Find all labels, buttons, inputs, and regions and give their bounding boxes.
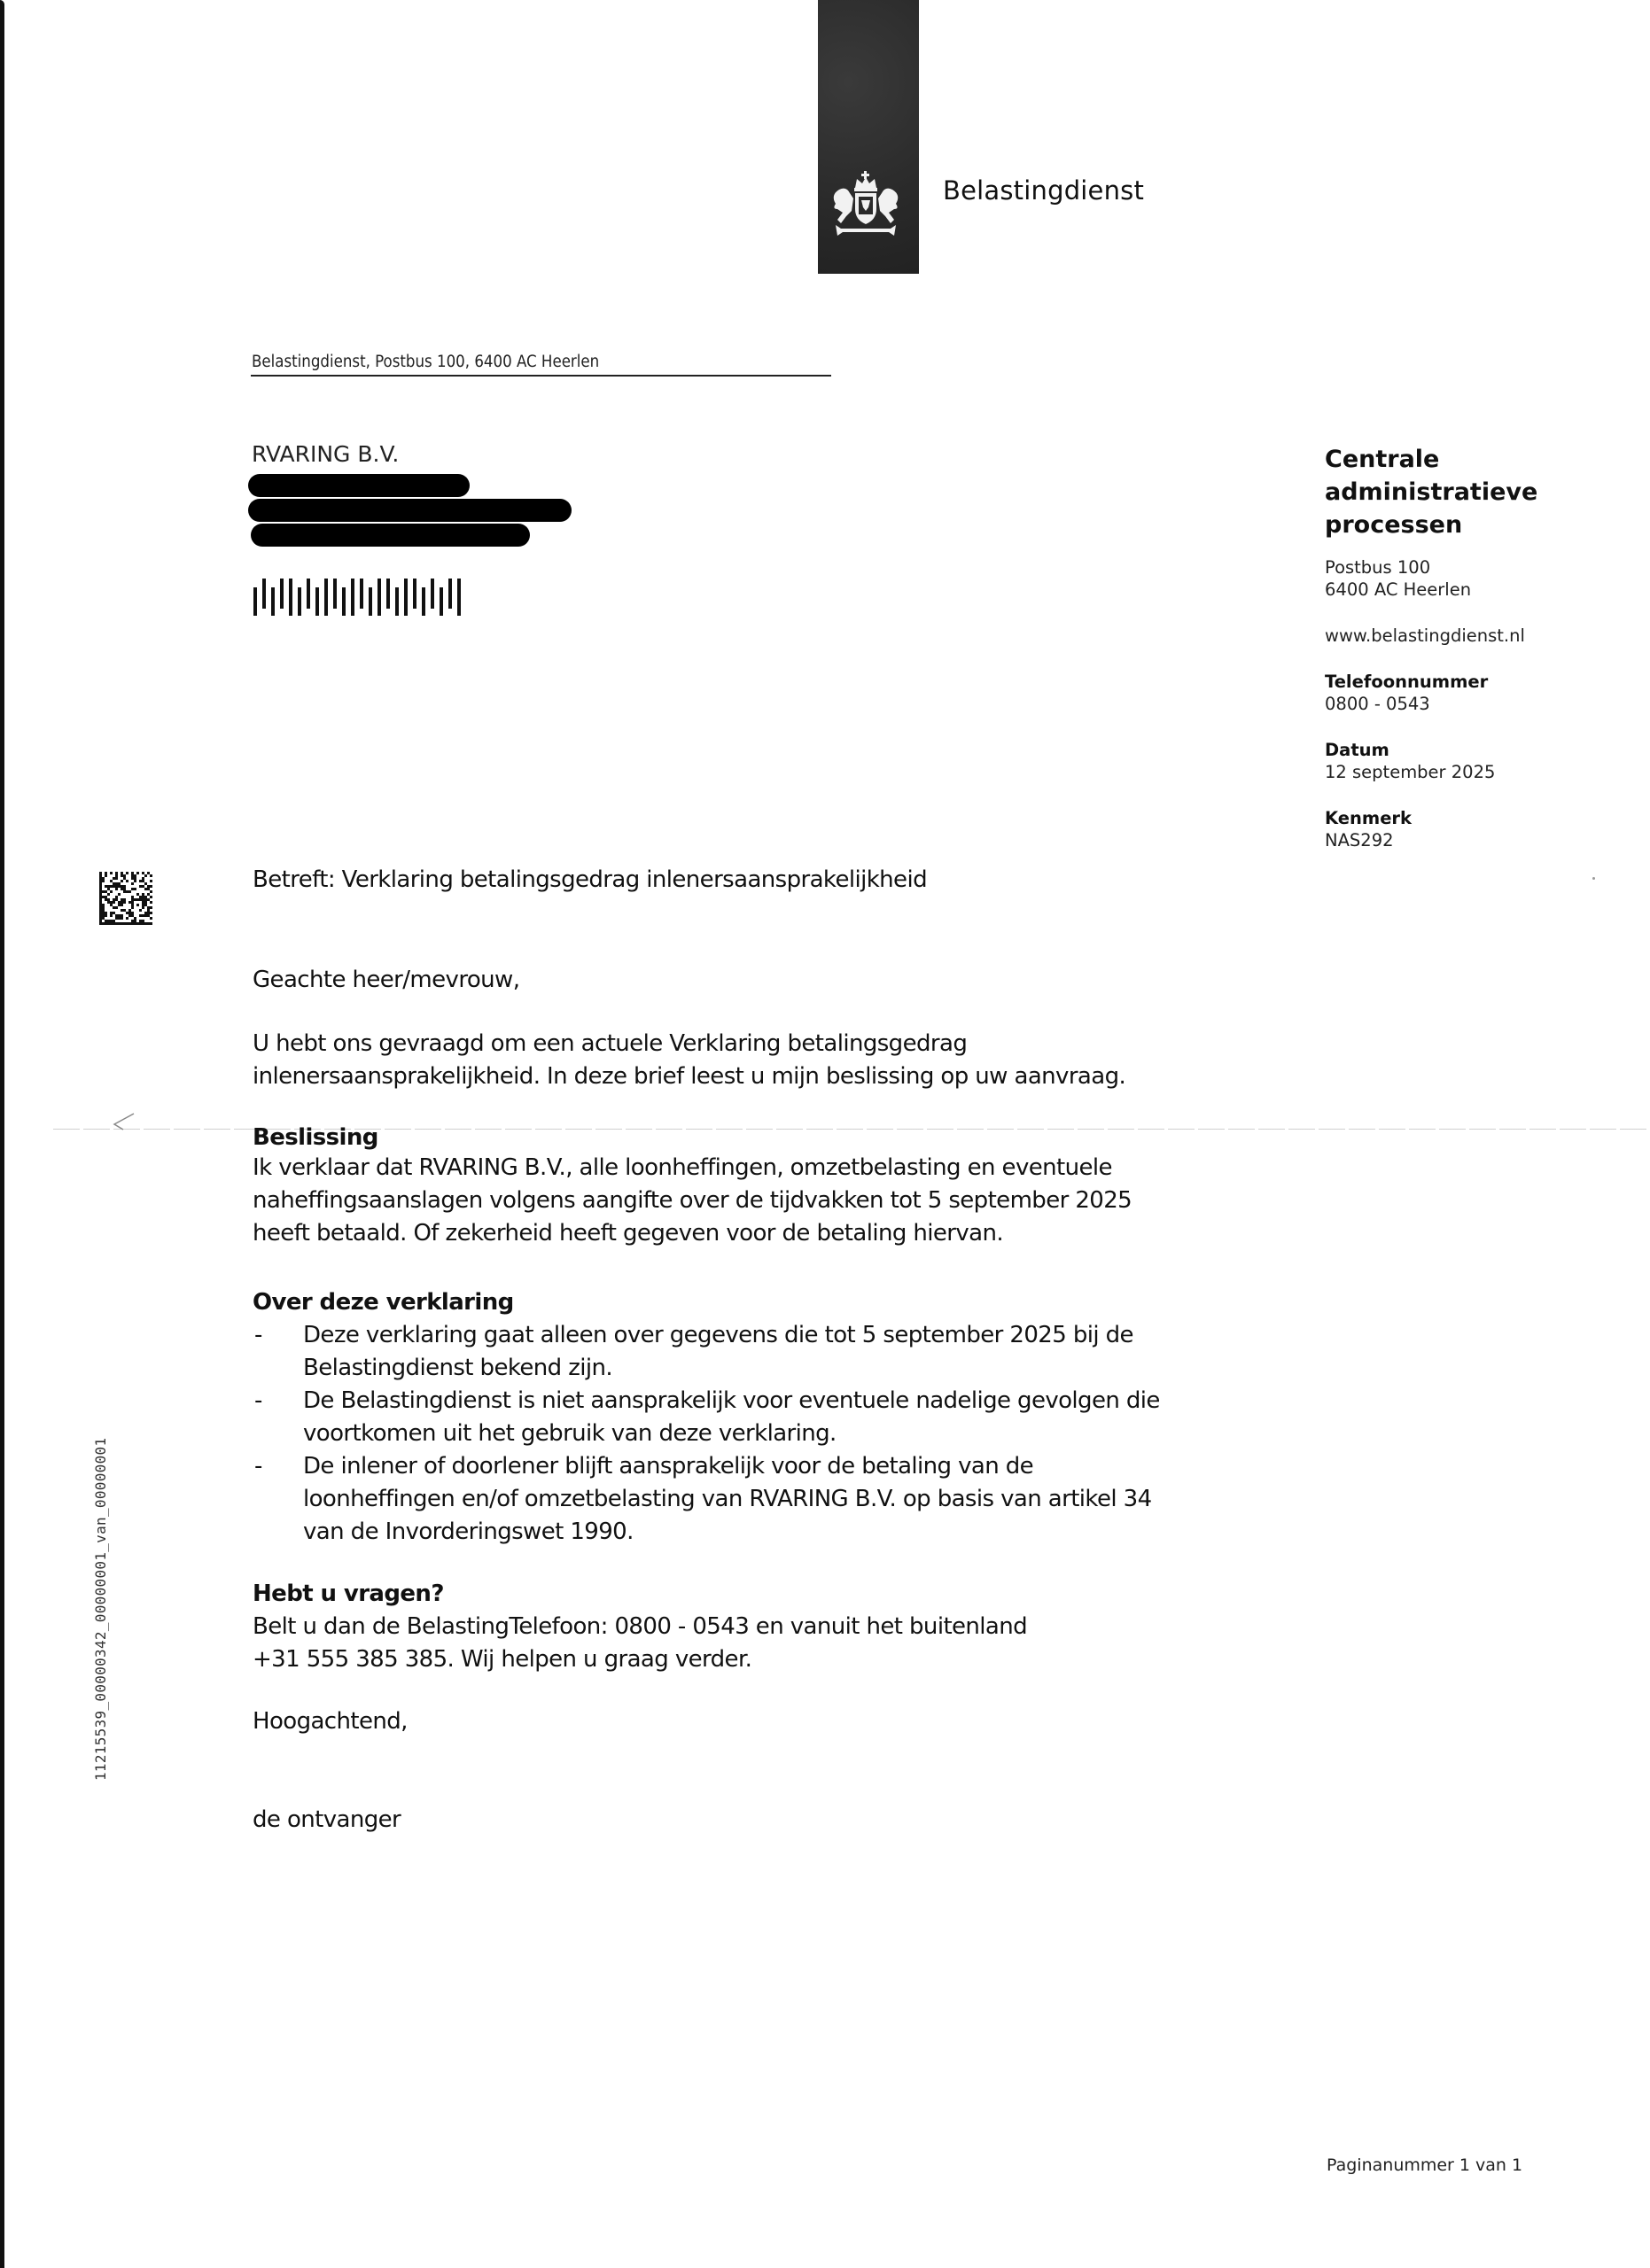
department-name: Centrale administratieve processen — [1325, 443, 1626, 541]
website: www.belastingdienst.nl — [1325, 625, 1626, 647]
redaction-line-3 — [251, 524, 530, 547]
intro-paragraph: U hebt ons gevraagd om een actuele Verkl… — [253, 1028, 1316, 1093]
sender-info-panel: Centrale administratieve processen Postb… — [1325, 443, 1626, 851]
about-bullet: - De Belastingdienst is niet aansprakeli… — [253, 1385, 1316, 1450]
questions-section: Hebt u vragen? Belt u dan de BelastingTe… — [253, 1578, 1316, 1676]
return-address-rule — [251, 375, 831, 377]
about-bullet: - De inlener of doorlener blijft aanspra… — [253, 1450, 1316, 1549]
logo-bar — [818, 0, 919, 274]
scan-speck — [1592, 877, 1595, 880]
scan-edge — [0, 0, 4, 2268]
kix-barcode-icon — [253, 579, 475, 616]
signature: de ontvanger — [253, 1804, 1316, 1837]
phone-value: 0800 - 0543 — [1325, 693, 1626, 715]
about-section: Over deze verklaring - Deze verklaring g… — [253, 1286, 1316, 1549]
reference-value: NAS292 — [1325, 829, 1626, 851]
about-heading: Over deze verklaring — [253, 1286, 1316, 1319]
redaction-line-1 — [248, 474, 470, 497]
document-tracking-code: 11215539_00000342_00000001_van_00000001 — [92, 1438, 109, 1781]
recipient-name: RVARING B.V. — [252, 441, 399, 467]
return-address: Belastingdienst, Postbus 100, 6400 AC He… — [252, 353, 599, 371]
subject-line: Betreft: Verklaring betalingsgedrag inle… — [253, 864, 1316, 897]
questions-heading: Hebt u vragen? — [253, 1578, 1316, 1611]
salutation: Geachte heer/mevrouw, — [253, 964, 1316, 997]
date-value: 12 september 2025 — [1325, 761, 1626, 783]
closing: Hoogachtend, — [253, 1705, 1316, 1738]
page-number: Paginanummer 1 van 1 — [1327, 2155, 1522, 2175]
about-bullet: - Deze verklaring gaat alleen over gegev… — [253, 1319, 1316, 1385]
datamatrix-code-icon — [99, 872, 152, 925]
phone-label: Telefoonnummer — [1325, 671, 1626, 693]
decision-heading: Beslissing — [253, 1123, 1316, 1152]
reference-label: Kenmerk — [1325, 807, 1626, 829]
redaction-line-2 — [248, 499, 572, 522]
decision-section: Beslissing Ik verklaar dat RVARING B.V.,… — [253, 1123, 1316, 1250]
sender-address: Postbus 100 6400 AC Heerlen — [1325, 556, 1626, 601]
date-label: Datum — [1325, 739, 1626, 761]
fold-mark-icon — [111, 1112, 136, 1131]
brand-name: Belastingdienst — [943, 175, 1144, 206]
royal-coat-of-arms-icon — [827, 168, 910, 252]
